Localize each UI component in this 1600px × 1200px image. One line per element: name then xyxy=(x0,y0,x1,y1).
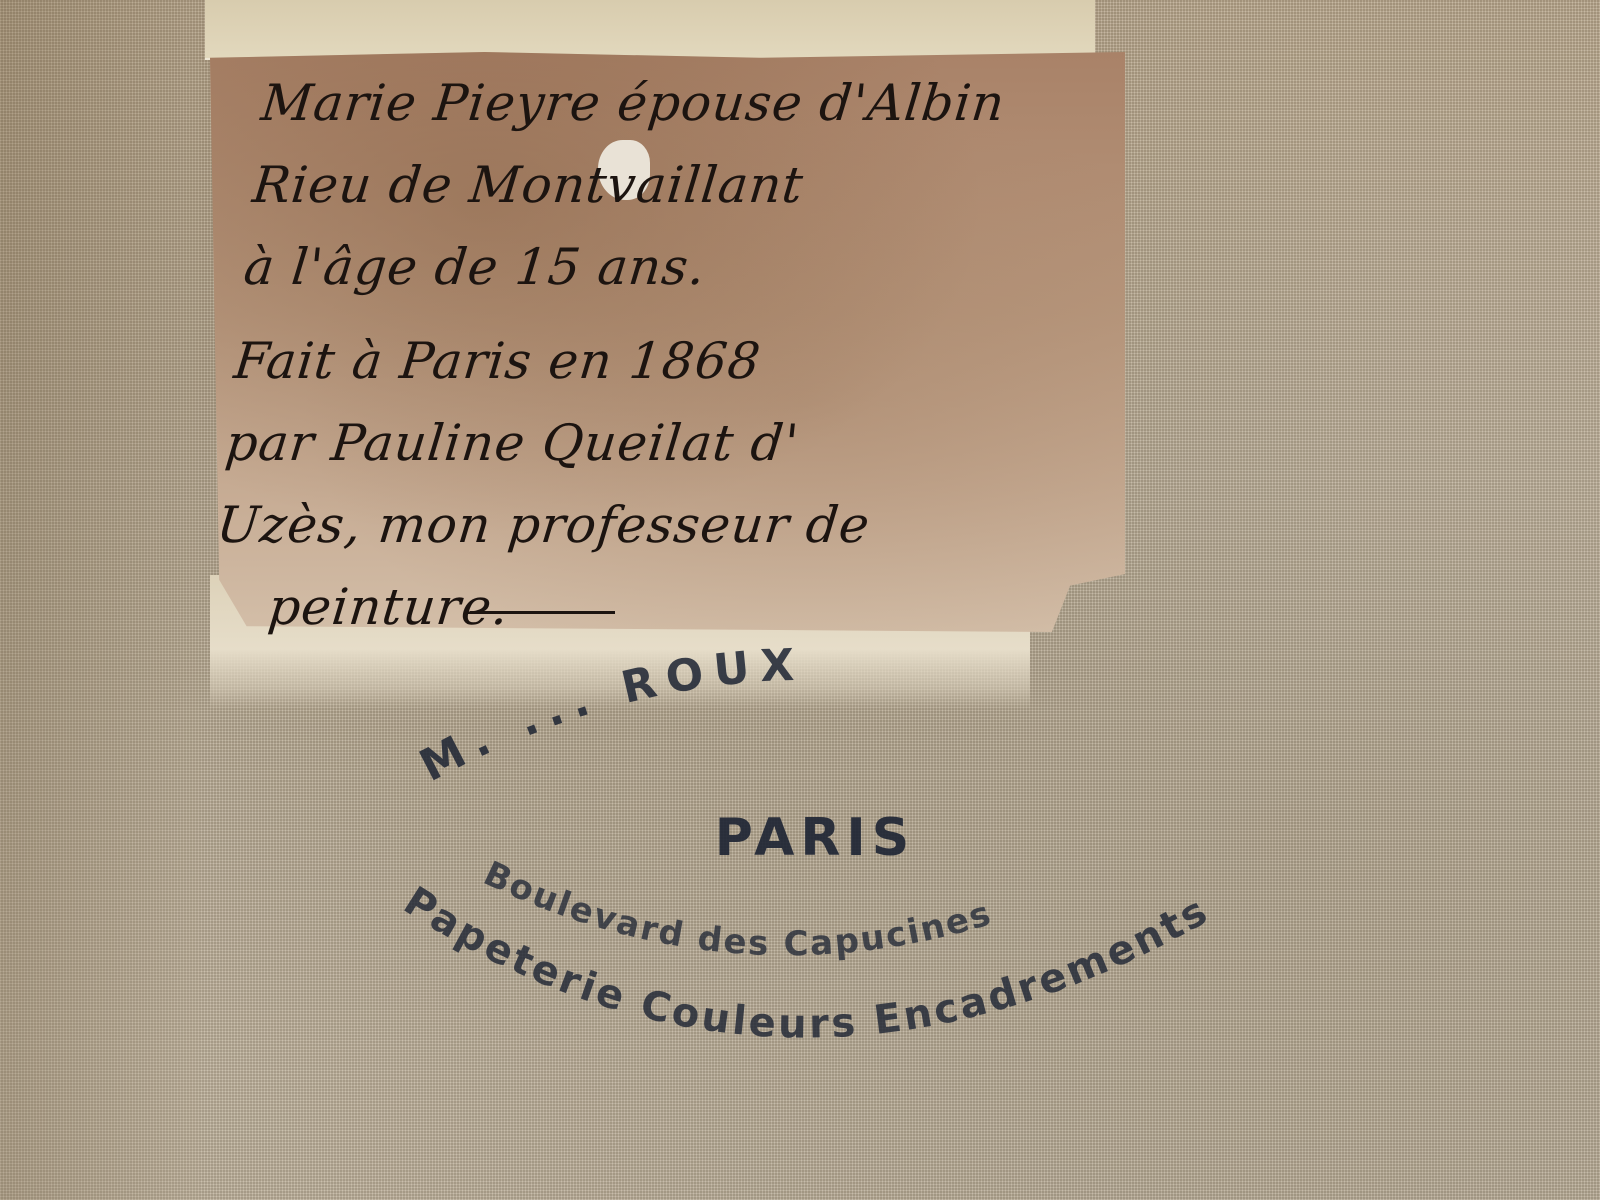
svg-text:Papeterie Couleurs Encadrement: Papeterie Couleurs Encadrements xyxy=(396,878,1217,1048)
label-line: Uzès, mon professeur de xyxy=(213,484,1102,566)
label-line: par Pauline Queilat d' xyxy=(221,402,1110,484)
label-line: Fait à Paris en 1868 xyxy=(230,320,1119,402)
label-line: Marie Pieyre épouse d'Albin xyxy=(257,62,1146,144)
svg-text:Boulevard des Capucines: Boulevard des Capucines xyxy=(478,854,997,965)
label-line: à l'âge de 15 ans. xyxy=(240,226,1129,308)
stamp-middle-arc: Boulevard des Capucines xyxy=(478,854,997,965)
canvas-stretcher-shadow xyxy=(0,0,200,1200)
label-underline xyxy=(470,611,615,614)
stamp-bottom-arc: Papeterie Couleurs Encadrements xyxy=(396,878,1217,1048)
paper-residue-top xyxy=(205,0,1095,60)
label-text: Marie Pieyre épouse d'Albin Rieu de Mont… xyxy=(204,62,1146,648)
stamp-center-text: PARIS xyxy=(715,808,915,868)
label-line: peinture. xyxy=(204,566,1093,648)
label-line: Rieu de Montvaillant xyxy=(249,144,1138,226)
